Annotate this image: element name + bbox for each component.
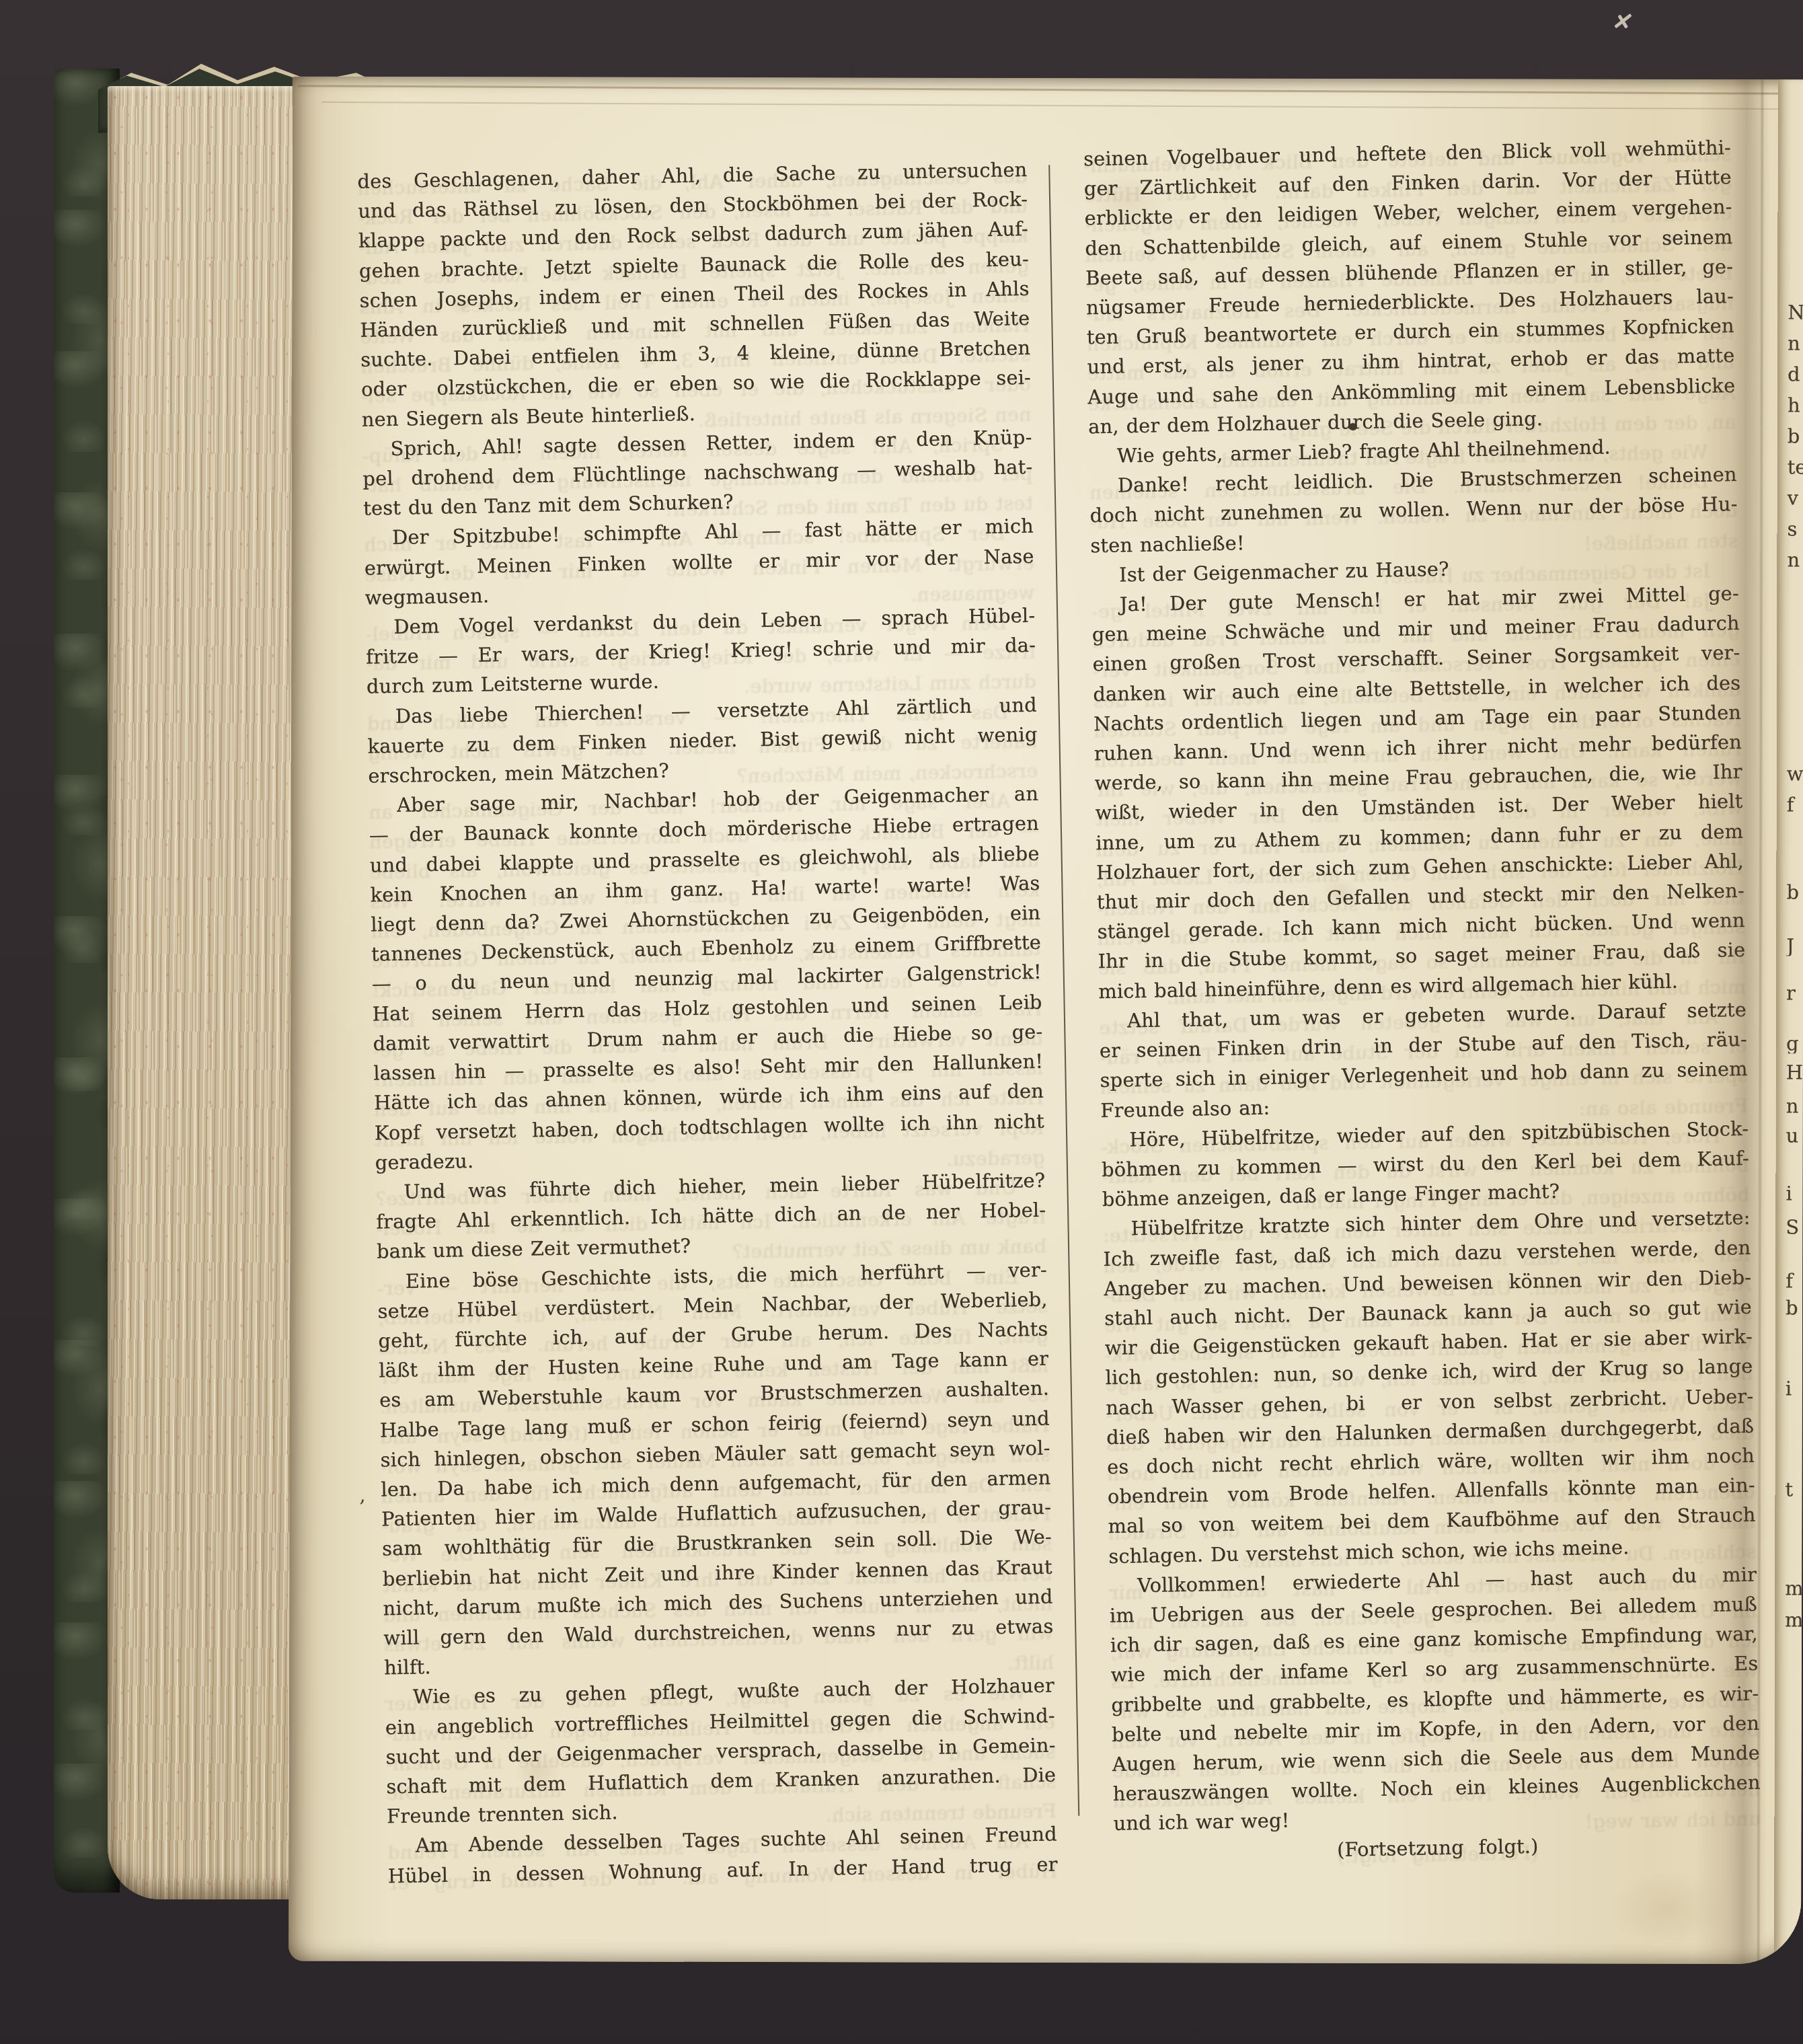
edge-letter-fragment: H	[1786, 1063, 1803, 1082]
edge-letter-fragment: muß	[1785, 1610, 1803, 1630]
edge-letter-fragment: n	[1788, 334, 1803, 353]
edge-letter-fragment: r	[1786, 983, 1803, 1003]
scanned-book-spread: des Geschlagenen, daher Ahl, die Sache z…	[0, 0, 1803, 2044]
edge-letter-fragment: d	[1788, 365, 1803, 384]
edge-letter-fragment: s	[1788, 519, 1803, 539]
edge-letter-fragment: mir	[1785, 1579, 1803, 1598]
edge-letter-fragment: J	[1786, 936, 1803, 956]
gutter-fold-shadow	[1695, 79, 1786, 1964]
edge-letter-fragment: N	[1788, 303, 1803, 322]
edge-letter-fragment: b	[1786, 1298, 1803, 1318]
text-column-right: seinen Vogelbauer und heftete den Blick …	[1083, 133, 1762, 1868]
edge-letter-fragment: b	[1788, 426, 1803, 446]
edge-letter-fragment: f	[1787, 795, 1803, 815]
edge-letter-fragment: i	[1786, 1379, 1803, 1398]
edge-letter-fragment: v	[1788, 488, 1803, 508]
edge-letter-fragment: i	[1786, 1184, 1803, 1203]
ink-speck	[1349, 423, 1357, 430]
edge-letter-fragment: t	[1786, 1480, 1803, 1499]
text-column-left: des Geschlagenen, daher Ahl, die Sache z…	[357, 155, 1058, 1891]
edge-letter-fragment: b	[1786, 882, 1803, 902]
column-divider	[1048, 165, 1079, 1816]
edge-letter-fragment: w	[1787, 764, 1803, 784]
edge-letter-fragment: u	[1786, 1126, 1803, 1145]
scratch-mark	[1611, 9, 1635, 33]
text-area: des Geschlagenen, daher Ahl, die Sache z…	[289, 77, 1803, 1965]
edge-letter-fragment: te	[1788, 457, 1803, 477]
edge-letter-fragment: n	[1787, 550, 1803, 570]
book-page: des Geschlagenen, daher Ahl, die Sache z…	[289, 77, 1803, 1965]
edge-letter-fragment: h	[1788, 395, 1803, 415]
page-edge-stack	[108, 86, 309, 1899]
edge-letter-fragment: g	[1786, 1034, 1803, 1053]
edge-letter-fragment: n	[1786, 1096, 1803, 1116]
edge-letter-fragment: f	[1786, 1271, 1803, 1291]
stray-print-mark: ,	[359, 1484, 365, 1507]
facing-page-sliver	[1774, 79, 1803, 1964]
edge-letter-fragment: S	[1786, 1217, 1803, 1237]
